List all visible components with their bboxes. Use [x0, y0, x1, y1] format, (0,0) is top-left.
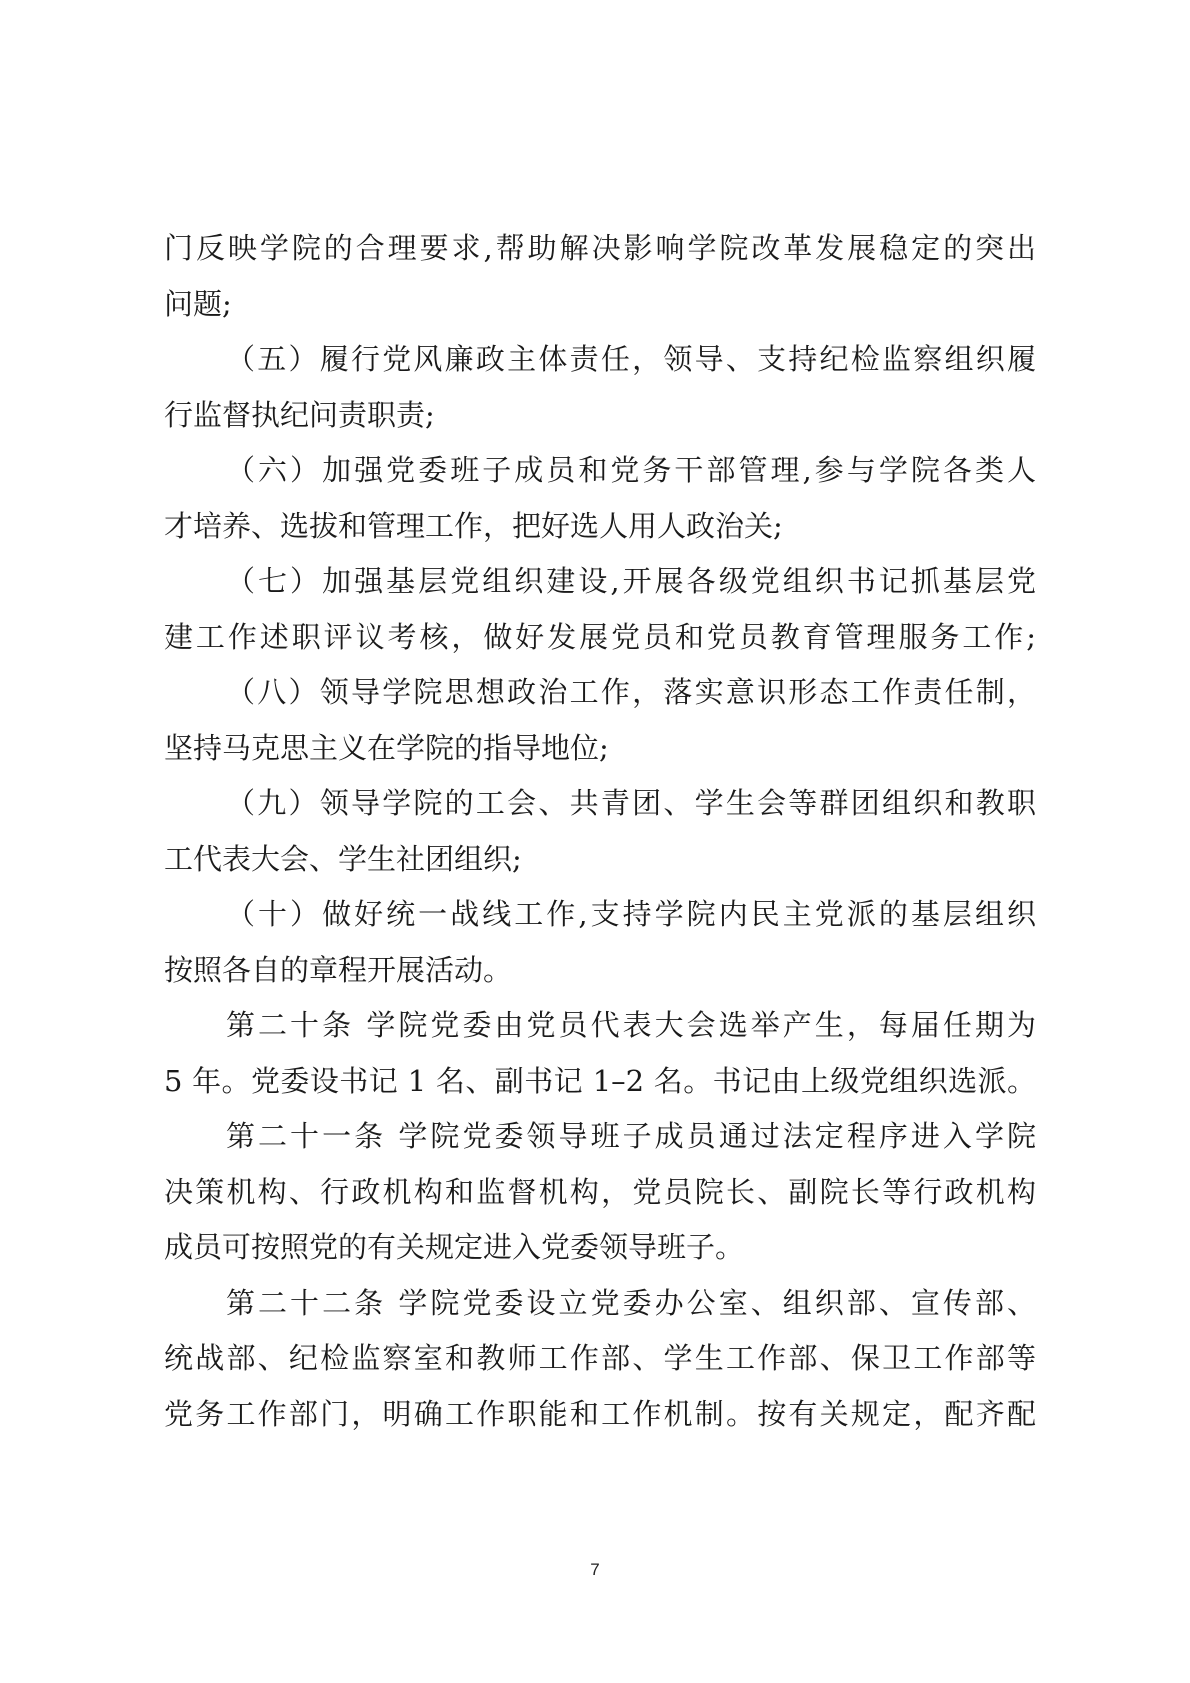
- text-line: 行监督执纪问责职责;: [164, 388, 1036, 444]
- text-line: 第二十条 学院党委由党员代表大会选举产生，每届任期为: [164, 998, 1036, 1054]
- text-line: （九）领导学院的工会、共青团、学生会等群团组织和教职: [164, 776, 1036, 832]
- text-line: 决策机构、行政机构和监督机构，党员院长、副院长等行政机构: [164, 1165, 1036, 1221]
- text-line: 第二十二条 学院党委设立党委办公室、组织部、宣传部、: [164, 1276, 1036, 1332]
- text-line: 统战部、纪检监察室和教师工作部、学生工作部、保卫工作部等: [164, 1331, 1036, 1387]
- text-line: 才培养、选拔和管理工作，把好选人用人政治关;: [164, 499, 1036, 555]
- text-line: 第二十一条 学院党委领导班子成员通过法定程序进入学院: [164, 1109, 1036, 1165]
- text-line: 党务工作部门，明确工作职能和工作机制。按有关规定，配齐配: [164, 1387, 1036, 1443]
- text-line: 按照各自的章程开展活动。: [164, 943, 1036, 999]
- text-line: 5 年。党委设书记 1 名、副书记 1–2 名。书记由上级党组织选派。: [164, 1054, 1036, 1110]
- text-line: 工代表大会、学生社团组织;: [164, 832, 1036, 888]
- text-line: （八）领导学院思想政治工作，落实意识形态工作责任制，: [164, 665, 1036, 721]
- text-line: 问题;: [164, 277, 1036, 333]
- body-text: 门反映学院的合理要求,帮助解决影响学院改革发展稳定的突出 问题; （五）履行党风…: [164, 221, 1036, 1442]
- text-line: 门反映学院的合理要求,帮助解决影响学院改革发展稳定的突出: [164, 221, 1036, 277]
- text-line: （十）做好统一战线工作,支持学院内民主党派的基层组织: [164, 887, 1036, 943]
- text-line: 成员可按照党的有关规定进入党委领导班子。: [164, 1220, 1036, 1276]
- text-line: （六）加强党委班子成员和党务干部管理,参与学院各类人: [164, 443, 1036, 499]
- text-line: （七）加强基层党组织建设,开展各级党组织书记抓基层党: [164, 554, 1036, 610]
- page-number: 7: [0, 1560, 1190, 1580]
- text-line: （五）履行党风廉政主体责任，领导、支持纪检监察组织履: [164, 332, 1036, 388]
- text-line: 建工作述职评议考核，做好发展党员和党员教育管理服务工作;: [164, 610, 1036, 666]
- document-page: 门反映学院的合理要求,帮助解决影响学院改革发展稳定的突出 问题; （五）履行党风…: [0, 0, 1190, 1683]
- text-line: 坚持马克思主义在学院的指导地位;: [164, 721, 1036, 777]
